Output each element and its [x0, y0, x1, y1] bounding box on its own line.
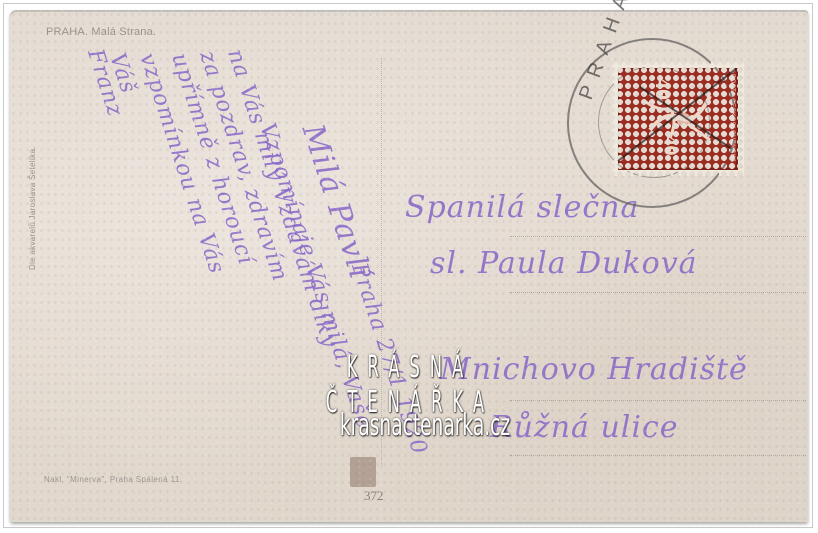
watermark-url: krasnactenarka.cz — [340, 408, 470, 443]
address-line-1: Spanilá slečna — [405, 190, 639, 225]
address-line — [510, 400, 806, 401]
address-line-2: sl. Paula Duková — [430, 246, 698, 281]
publisher-credit: Nakl. "Minerva", Praha Spálená 11. — [44, 475, 182, 484]
address-line — [510, 455, 806, 456]
address-line — [510, 236, 806, 237]
address-line — [510, 292, 806, 293]
printed-title: PRAHA. Malá Strana. — [46, 26, 156, 38]
serial-number: 372 — [364, 488, 384, 504]
publisher-logo-icon — [350, 457, 376, 487]
stamp-figure-icon — [640, 90, 718, 146]
stamp-face: 40 40 POŠTA ČESKOSLOVENSKÁ — [618, 68, 738, 170]
artist-credit: Dle akvarelů Jaroslava Šetelíka. — [28, 146, 37, 270]
